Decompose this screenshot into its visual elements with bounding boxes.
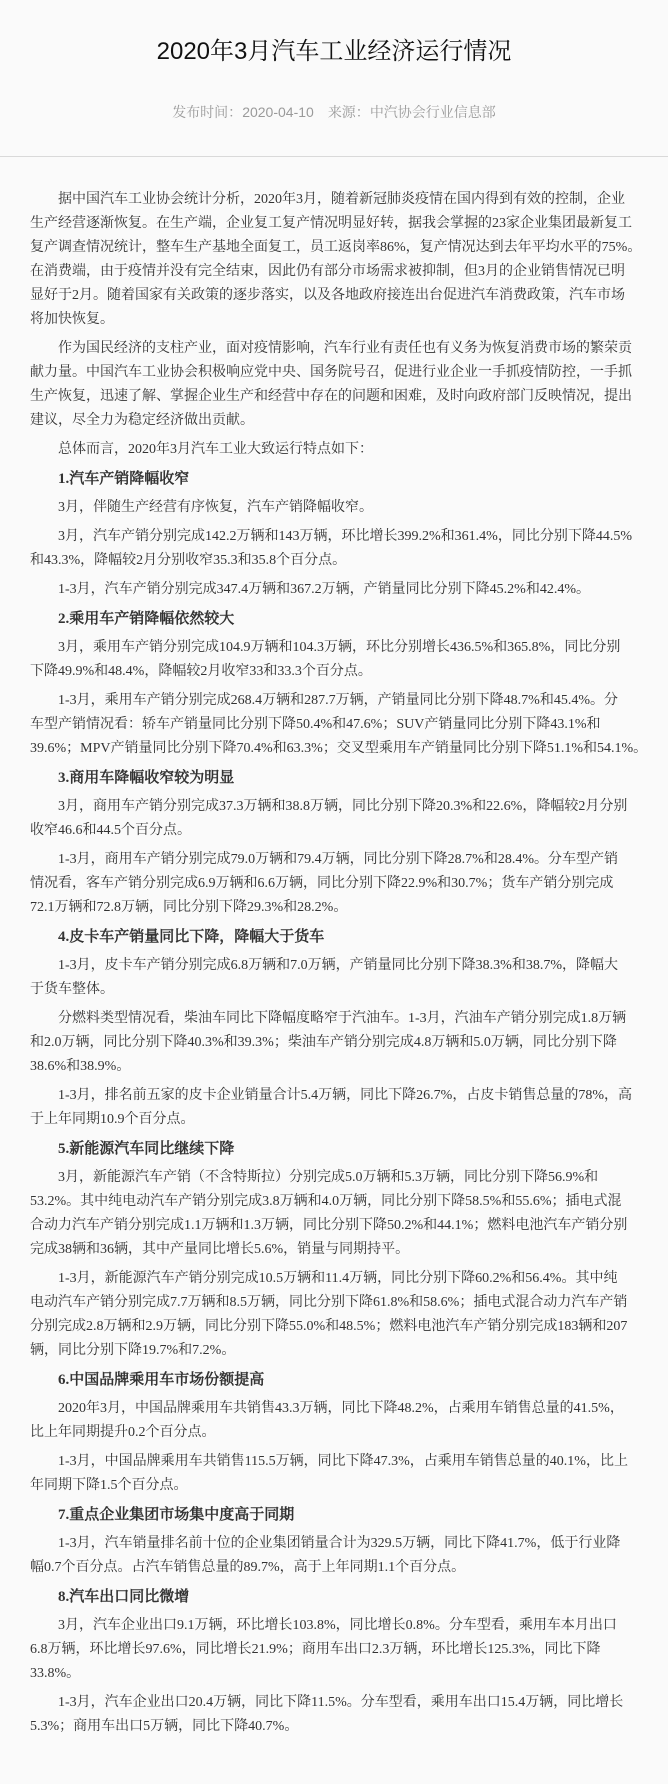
intro-paragraph: 据中国汽车工业协会统计分析，2020年3月，随着新冠肺炎疫情在国内得到有效的控制… <box>30 188 638 332</box>
article-meta: 发布时间：2020-04-10来源：中汽协会行业信息部 <box>0 102 668 122</box>
text-line: 幅0.7个百分点。占汽车销售总量的89.7%，高于上年同期1.1个百分点。 <box>30 1556 638 1580</box>
text-line: 辆，同比分别下降19.7%和7.2%。 <box>30 1339 638 1363</box>
text-line: 1-3月，排名前五家的皮卡企业销量合计5.4万辆，同比下降26.7%，占皮卡销售… <box>30 1084 638 1108</box>
text-line: 3月，新能源汽车产销（不含特斯拉）分别完成5.0万辆和5.3万辆，同比分别下降5… <box>30 1166 638 1190</box>
section-paragraph: 3月，伴随生产经营有序恢复，汽车产销降幅收窄。 <box>30 496 638 520</box>
text-line: 下降49.9%和48.4%，降幅较2月收窄33和33.3个百分点。 <box>30 660 638 684</box>
text-line: 生产经营逐渐恢复。在生产端，企业复工复产情况明显好转，据我会掌握的23家企业集团… <box>30 212 638 236</box>
section-paragraph: 1-3月，汽车产销分别完成347.4万辆和367.2万辆，产销量同比分别下降45… <box>30 578 638 602</box>
section-paragraph: 1-3月，乘用车产销分别完成268.4万辆和287.7万辆，产销量同比分别下降4… <box>30 689 638 761</box>
text-line: 53.2%。其中纯电动汽车产销分别完成3.8万辆和4.0万辆，同比分别下降58.… <box>30 1190 638 1214</box>
text-line: 1-3月，汽车企业出口20.4万辆，同比下降11.5%。分车型看，乘用车出口15… <box>30 1691 638 1715</box>
section-paragraph: 1-3月，新能源汽车产销分别完成10.5万辆和11.4万辆，同比分别下降60.2… <box>30 1267 638 1363</box>
text-line: 3月，乘用车产销分别完成104.9万辆和104.3万辆，环比分别增长436.5%… <box>30 636 638 660</box>
section-paragraph: 3月，乘用车产销分别完成104.9万辆和104.3万辆，环比分别增长436.5%… <box>30 636 638 684</box>
text-line: 情况看，客车产销分别完成6.9万辆和6.6万辆，同比分别下降22.9%和30.7… <box>30 872 638 896</box>
publish-time-label: 发布时间： <box>172 104 242 120</box>
text-line: 2020年3月，中国品牌乘用车共销售43.3万辆，同比下降48.2%，占乘用车销… <box>30 1397 638 1421</box>
text-line: 1-3月，汽车销量排名前十位的企业集团销量合计为329.5万辆，同比下降41.7… <box>30 1532 638 1556</box>
publish-date: 2020-04-10 <box>242 104 314 120</box>
section-paragraph: 3月，汽车产销分别完成142.2万辆和143万辆，环比增长399.2%和361.… <box>30 525 638 573</box>
text-line: 据中国汽车工业协会统计分析，2020年3月，随着新冠肺炎疫情在国内得到有效的控制… <box>30 188 638 212</box>
text-line: 和43.3%，降幅较2月分别收窄35.3和35.8个百分点。 <box>30 549 638 573</box>
section-paragraph: 1-3月，排名前五家的皮卡企业销量合计5.4万辆，同比下降26.7%，占皮卡销售… <box>30 1084 638 1132</box>
article-body: 据中国汽车工业协会统计分析，2020年3月，随着新冠肺炎疫情在国内得到有效的控制… <box>0 157 668 1784</box>
text-line: 3月，汽车产销分别完成142.2万辆和143万辆，环比增长399.2%和361.… <box>30 525 638 549</box>
text-line: 39.6%；MPV产销量同比分别下降70.4%和63.3%；交叉型乘用车产销量同… <box>30 737 638 761</box>
text-line: 显好于2月。随着国家有关政策的逐步落实，以及各地政府接连出台促进汽车消费政策，汽… <box>30 284 638 308</box>
text-line: 1-3月，汽车产销分别完成347.4万辆和367.2万辆，产销量同比分别下降45… <box>30 578 638 602</box>
section-heading: 4.皮卡车产销量同比下降，降幅大于货车 <box>30 925 638 949</box>
text-line: 3月，商用车产销分别完成37.3万辆和38.8万辆，同比分别下降20.3%和22… <box>30 795 638 819</box>
text-line: 分燃料类型情况看，柴油车同比下降幅度略窄于汽油车。1-3月，汽油车产销分别完成1… <box>30 1007 638 1031</box>
text-line: 1-3月，新能源汽车产销分别完成10.5万辆和11.4万辆，同比分别下降60.2… <box>30 1267 638 1291</box>
section-heading: 6.中国品牌乘用车市场份额提高 <box>30 1368 638 1392</box>
text-line: 72.1万辆和72.8万辆，同比分别下降29.3%和28.2%。 <box>30 896 638 920</box>
section-paragraph: 1-3月，汽车销量排名前十位的企业集团销量合计为329.5万辆，同比下降41.7… <box>30 1532 638 1580</box>
text-line: 在消费端，由于疫情并没有完全结束，因此仍有部分市场需求被抑制，但3月的企业销售情… <box>30 260 638 284</box>
text-line: 分别完成2.8万辆和2.9万辆，同比分别下降55.0%和48.5%；燃料电池汽车… <box>30 1315 638 1339</box>
section-heading: 1.汽车产销降幅收窄 <box>30 467 638 491</box>
section-heading: 5.新能源汽车同比继续下降 <box>30 1137 638 1161</box>
section-heading: 2.乘用车产销降幅依然较大 <box>30 607 638 631</box>
section-heading: 8.汽车出口同比微增 <box>30 1585 638 1609</box>
text-line: 5.3%；商用车出口5万辆，同比下降40.7%。 <box>30 1715 638 1739</box>
text-line: 1-3月，商用车产销分别完成79.0万辆和79.4万辆，同比分别下降28.7%和… <box>30 848 638 872</box>
text-line: 3月，汽车企业出口9.1万辆，环比增长103.8%，同比增长0.8%。分车型看，… <box>30 1614 638 1638</box>
text-line: 于上年同期10.9个百分点。 <box>30 1108 638 1132</box>
section-heading: 7.重点企业集团市场集中度高于同期 <box>30 1503 638 1527</box>
text-line: 将加快恢复。 <box>30 308 638 332</box>
text-line: 于货车整体。 <box>30 978 638 1002</box>
text-line: 收窄46.6和44.5个百分点。 <box>30 819 638 843</box>
text-line: 年同期下降1.5个百分点。 <box>30 1474 638 1498</box>
section-paragraph: 分燃料类型情况看，柴油车同比下降幅度略窄于汽油车。1-3月，汽油车产销分别完成1… <box>30 1007 638 1079</box>
text-line: 1-3月，乘用车产销分别完成268.4万辆和287.7万辆，产销量同比分别下降4… <box>30 689 638 713</box>
section-paragraph: 3月，商用车产销分别完成37.3万辆和38.8万辆，同比分别下降20.3%和22… <box>30 795 638 843</box>
article-header: 2020年3月汽车工业经济运行情况 发布时间：2020-04-10来源：中汽协会… <box>0 0 668 122</box>
text-line: 车型产销情况看：轿车产销量同比分别下降50.4%和47.6%；SUV产销量同比分… <box>30 713 638 737</box>
article-title: 2020年3月汽车工业经济运行情况 <box>0 0 668 69</box>
section-paragraph: 2020年3月，中国品牌乘用车共销售43.3万辆，同比下降48.2%，占乘用车销… <box>30 1397 638 1445</box>
section-paragraph: 3月，汽车企业出口9.1万辆，环比增长103.8%，同比增长0.8%。分车型看，… <box>30 1614 638 1686</box>
text-line: 合动力汽车产销分别完成1.1万辆和1.3万辆，同比分别下降50.2%和44.1%… <box>30 1214 638 1238</box>
text-line: 电动汽车产销分别完成7.7万辆和8.5万辆，同比分别下降61.8%和58.6%；… <box>30 1291 638 1315</box>
text-line: 作为国民经济的支柱产业，面对疫情影响，汽车行业有责任也有义务为恢复消费市场的繁荣… <box>30 337 638 361</box>
intro-paragraph: 总体而言，2020年3月汽车工业大致运行特点如下： <box>30 438 638 462</box>
text-line: 1-3月，皮卡车产销分别完成6.8万辆和7.0万辆，产销量同比分别下降38.3%… <box>30 954 638 978</box>
source-name: 中汽协会行业信息部 <box>370 104 496 120</box>
text-line: 比上年同期提升0.2个百分点。 <box>30 1421 638 1445</box>
intro-paragraph: 作为国民经济的支柱产业，面对疫情影响，汽车行业有责任也有义务为恢复消费市场的繁荣… <box>30 337 638 433</box>
text-line: 33.8%。 <box>30 1662 638 1686</box>
text-line: 1-3月，中国品牌乘用车共销售115.5万辆，同比下降47.3%，占乘用车销售总… <box>30 1450 638 1474</box>
text-line: 献力量。中国汽车工业协会积极响应党中央、国务院号召，促进行业企业一手抓疫情防控，… <box>30 361 638 385</box>
text-line: 总体而言，2020年3月汽车工业大致运行特点如下： <box>30 438 638 462</box>
text-line: 6.8万辆，环比增长97.6%，同比增长21.9%；商用车出口2.3万辆，环比增… <box>30 1638 638 1662</box>
text-line: 生产恢复，迅速了解、掌握企业生产和经营中存在的问题和困难，及时向政府部门反映情况… <box>30 385 638 409</box>
section-paragraph: 1-3月，汽车企业出口20.4万辆，同比下降11.5%。分车型看，乘用车出口15… <box>30 1691 638 1739</box>
text-line: 完成38辆和36辆，其中产量同比增长5.6%，销量与同期持平。 <box>30 1238 638 1262</box>
text-line: 复产调查情况统计，整车生产基地全面复工，员工返岗率86%，复产情况达到去年平均水… <box>30 236 638 260</box>
text-line: 和2.0万辆，同比分别下降40.3%和39.3%；柴油车产销分别完成4.8万辆和… <box>30 1031 638 1055</box>
section-paragraph: 1-3月，皮卡车产销分别完成6.8万辆和7.0万辆，产销量同比分别下降38.3%… <box>30 954 638 1002</box>
text-line: 建议，尽全力为稳定经济做出贡献。 <box>30 409 638 433</box>
source-label: 来源： <box>328 104 370 120</box>
section-paragraph: 3月，新能源汽车产销（不含特斯拉）分别完成5.0万辆和5.3万辆，同比分别下降5… <box>30 1166 638 1262</box>
section-paragraph: 1-3月，商用车产销分别完成79.0万辆和79.4万辆，同比分别下降28.7%和… <box>30 848 638 920</box>
section-paragraph: 1-3月，中国品牌乘用车共销售115.5万辆，同比下降47.3%，占乘用车销售总… <box>30 1450 638 1498</box>
text-line: 3月，伴随生产经营有序恢复，汽车产销降幅收窄。 <box>30 496 638 520</box>
text-line: 38.6%和38.9%。 <box>30 1055 638 1079</box>
section-heading: 3.商用车降幅收窄较为明显 <box>30 766 638 790</box>
